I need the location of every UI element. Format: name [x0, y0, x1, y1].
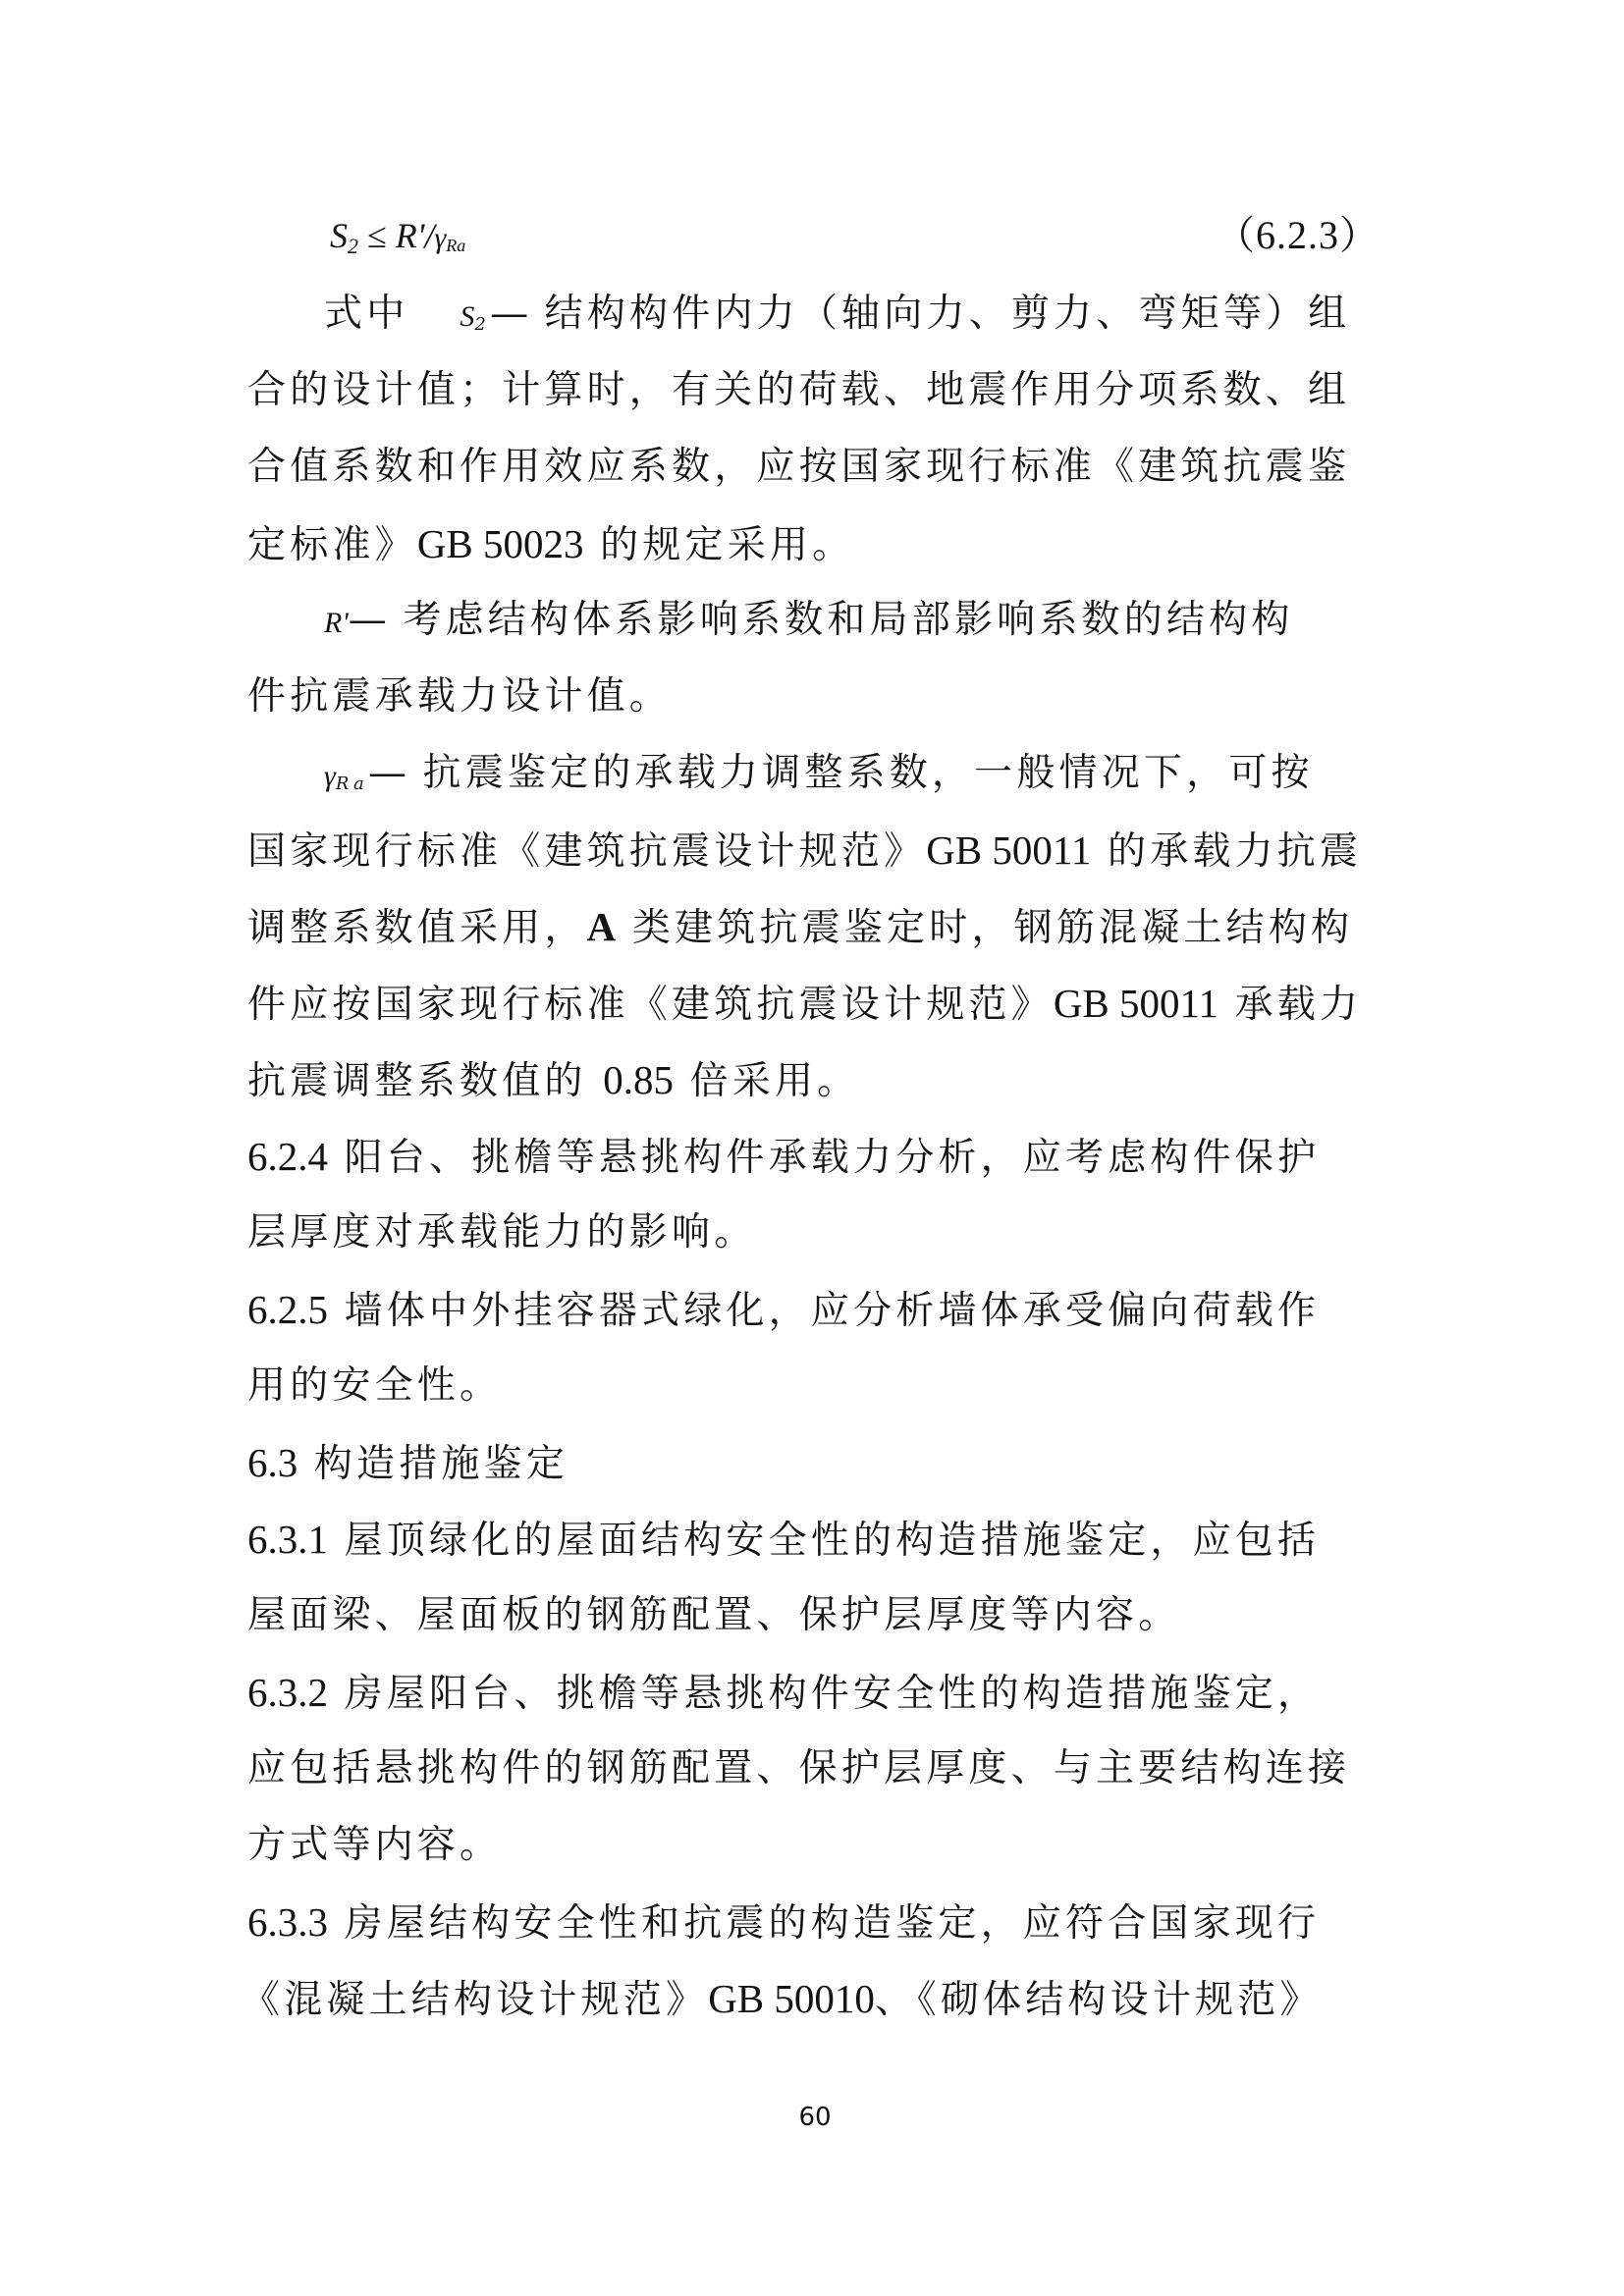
clause-text: 墙体中外挂容器式绿化，应分析墙体承受偏向荷载作 [328, 1289, 1320, 1333]
definition-gamma-ra-line-2: 国家现行标准《建筑抗震设计规范》GB 50011 的承载力抗震 [247, 821, 1377, 880]
section-heading-6-3: 6.3 构造措施鉴定 [247, 1433, 1377, 1492]
em-dash: — [490, 292, 528, 336]
standard-code: GB 50023 [417, 521, 584, 566]
em-dash: — [349, 598, 387, 642]
text: 的规定采用。 [584, 523, 855, 567]
clause-6-2-4-line-1: 6.2.4 阳台、挑檐等悬挑构件承载力分析，应考虑构件保护 [247, 1127, 1377, 1186]
formula-operator: ≤ [358, 216, 396, 255]
clause-text: 屋顶绿化的屋面结构安全性的构造措施鉴定，应包括 [328, 1519, 1320, 1563]
clause-6-3-2-line-3: 方式等内容。 [247, 1816, 1377, 1875]
section-number: 6.3 [247, 1440, 298, 1485]
text: 类建筑抗震鉴定时，钢筋混凝土结构构 [616, 906, 1353, 950]
definition-prefix: 式中 [324, 292, 408, 336]
clause-number: 6.2.4 [247, 1134, 328, 1179]
clause-6-3-2-line-1: 6.3.2 房屋阳台、挑檐等悬挑构件安全性的构造措施鉴定， [247, 1663, 1377, 1722]
clause-6-2-5-line-1: 6.2.5 墙体中外挂容器式绿化，应分析墙体承受偏向荷载作 [247, 1280, 1377, 1339]
definition-text: 抗震鉴定的承载力调整系数，一般情况下，可按 [406, 751, 1314, 795]
text: 国家现行标准《建筑抗震设计规范》 [247, 829, 926, 874]
text: 、《砌体结构设计规范》 [875, 1978, 1323, 2022]
factor-value: 0.85 [603, 1057, 674, 1102]
text: 倍采用。 [674, 1059, 859, 1103]
definition-s2-line-2: 合的设计值；计算时，有关的荷载、地震作用分项系数、组 [247, 361, 1377, 420]
formula-6-2-3: S2 ≤ R'/γRa [330, 206, 465, 265]
text: 抗震调整系数值的 [247, 1059, 603, 1103]
clause-text: 房屋阳台、挑檐等悬挑构件安全性的构造措施鉴定， [328, 1672, 1320, 1716]
definition-gamma-ra-line-3: 调整系数值采用，A 类建筑抗震鉴定时，钢筋混凝土结构构 [247, 897, 1377, 956]
definition-s2-line-3: 合值系数和作用效应系数，应按国家现行标准《建筑抗震鉴 [247, 438, 1377, 497]
definition-text: 考虑结构体系影响系数和局部影响系数的结构构 [387, 598, 1294, 642]
formula-symbol-s: S [330, 216, 348, 255]
clause-number: 6.2.5 [247, 1287, 328, 1332]
symbol-subscript: Ra [336, 774, 368, 794]
symbol-r-prime: R' [324, 607, 349, 639]
clause-number: 6.3.1 [247, 1517, 328, 1562]
definition-text: 结构构件内力（轴向力、剪力、弯矩等）组 [528, 292, 1350, 336]
text: 定标准》 [247, 523, 417, 567]
definition-r-prime-line-2: 件抗震承载力设计值。 [247, 667, 1377, 726]
class-letter: A [587, 904, 617, 949]
definition-gamma-ra-line-5: 抗震调整系数值的 0.85 倍采用。 [247, 1050, 1377, 1109]
definition-gamma-ra-line-1: γRa— 抗震鉴定的承载力调整系数，一般情况下，可按 [324, 744, 1377, 803]
formula-rhs: R'/ [396, 216, 435, 255]
symbol-subscript: 2 [474, 314, 490, 335]
clause-6-2-4-line-2: 层厚度对承载能力的影响。 [247, 1203, 1377, 1262]
formula-gamma: γ [434, 222, 446, 254]
formula-subscript: 2 [348, 234, 358, 258]
section-title: 构造措施鉴定 [298, 1442, 568, 1486]
formula-number: （6.2.3） [1216, 206, 1380, 265]
definition-s2-line-4: 定标准》GB 50023 的规定采用。 [247, 514, 1377, 573]
text: 调整系数值采用， [247, 906, 587, 950]
clause-6-3-2-line-2: 应包括悬挑构件的钢筋配置、保护层厚度、与主要结构连接 [247, 1739, 1377, 1798]
clause-6-3-3-line-2: 《混凝土结构设计规范》GB 50010、《砌体结构设计规范》 [242, 1969, 1371, 2028]
clause-6-3-1-line-1: 6.3.1 屋顶绿化的屋面结构安全性的构造措施鉴定，应包括 [247, 1510, 1377, 1569]
document-page: S2 ≤ R'/γRa （6.2.3） 式中S2— 结构构件内力（轴向力、剪力、… [0, 0, 1624, 2296]
definition-r-prime-line-1: R'— 考虑结构体系影响系数和局部影响系数的结构构 [324, 591, 1377, 650]
symbol-gamma: γ [324, 760, 336, 792]
clause-number: 6.3.3 [247, 1899, 328, 1945]
text: 承载力 [1218, 983, 1362, 1027]
formula-gamma-subscript: Ra [446, 236, 465, 255]
standard-code: GB 50010 [708, 1976, 875, 2021]
standard-code: GB 50011 [926, 828, 1091, 873]
em-dash: — [368, 751, 406, 795]
symbol-s: S [460, 300, 474, 333]
page-number: 60 [785, 2103, 844, 2132]
definition-s2-line-1: 式中S2— 结构构件内力（轴向力、剪力、弯矩等）组 [324, 285, 1377, 344]
clause-6-2-5-line-2: 用的安全性。 [247, 1357, 1377, 1415]
clause-number: 6.3.2 [247, 1670, 328, 1715]
definition-gamma-ra-line-4: 件应按国家现行标准《建筑抗震设计规范》GB 50011 承载力 [247, 974, 1377, 1033]
text: 的承载力抗震 [1091, 829, 1362, 874]
standard-code: GB 50011 [1054, 981, 1218, 1026]
clause-text: 阳台、挑檐等悬挑构件承载力分析，应考虑构件保护 [328, 1136, 1320, 1180]
clause-6-3-3-line-1: 6.3.3 房屋结构安全性和抗震的构造鉴定，应符合国家现行 [247, 1893, 1377, 1951]
text: 《混凝土结构设计规范》 [242, 1978, 708, 2022]
text: 件应按国家现行标准《建筑抗震设计规范》 [247, 983, 1054, 1027]
clause-6-3-1-line-2: 屋面梁、屋面板的钢筋配置、保护层厚度等内容。 [247, 1586, 1377, 1645]
clause-text: 房屋结构安全性和抗震的构造鉴定，应符合国家现行 [328, 1901, 1320, 1946]
